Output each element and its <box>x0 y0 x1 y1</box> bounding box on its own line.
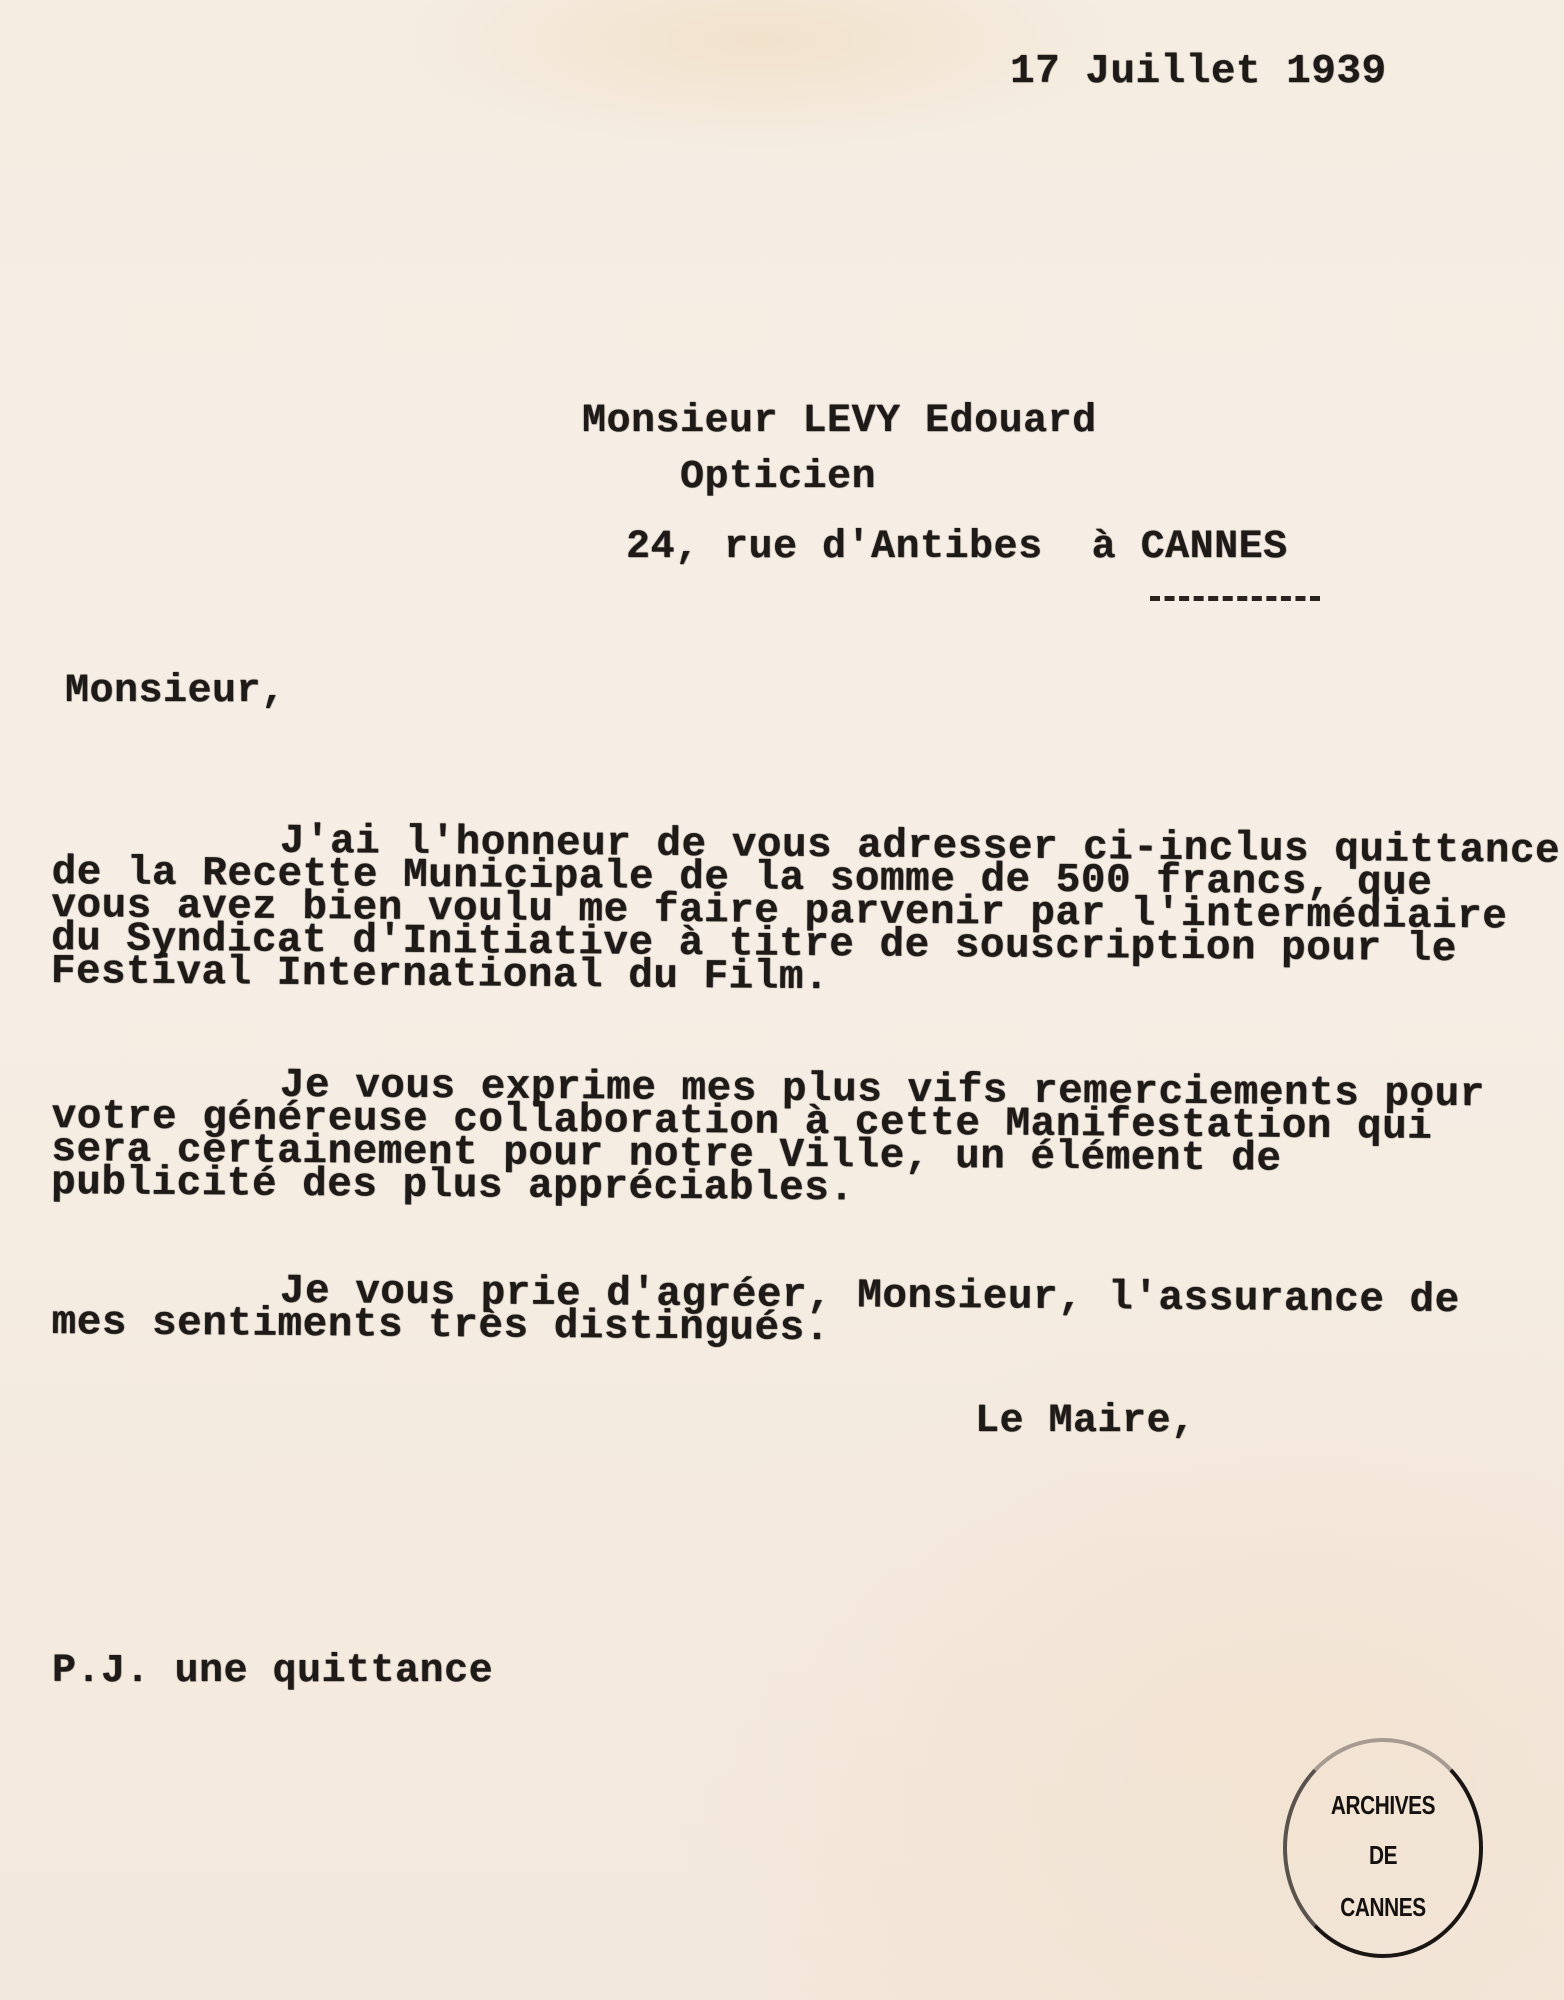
recipient-address: 24, rue d'Antibes à CANNES <box>626 528 1288 568</box>
salutation: Monsieur, <box>65 672 286 712</box>
enclosure-note: P.J. une quittance <box>52 1652 493 1692</box>
paragraph-2: Je vous exprime mes plus vifs remercieme… <box>51 1064 1552 1208</box>
recipient-name: Monsieur LEVY Edouard <box>582 402 1097 442</box>
stamp-line: CANNES <box>1306 1892 1460 1923</box>
signature-title: Le Maire, <box>975 1402 1196 1442</box>
letter-page: 17 Juillet 1939 Monsieur LEVY Edouard Op… <box>0 0 1564 2000</box>
stamp-line: DE <box>1306 1840 1460 1871</box>
paragraph-3: Je vous prie d'agréer, Monsieur, l'assur… <box>51 1270 1551 1348</box>
archives-stamp: ARCHIVES DE CANNES <box>1283 1738 1483 1958</box>
paragraph-1: J'ai l'honneur de vous adresser ci-inclu… <box>51 820 1552 997</box>
address-underline <box>1150 596 1320 601</box>
letter-date: 17 Juillet 1939 <box>1010 52 1387 93</box>
stamp-line: ARCHIVES <box>1306 1790 1460 1821</box>
recipient-profession: Opticien <box>680 458 876 498</box>
